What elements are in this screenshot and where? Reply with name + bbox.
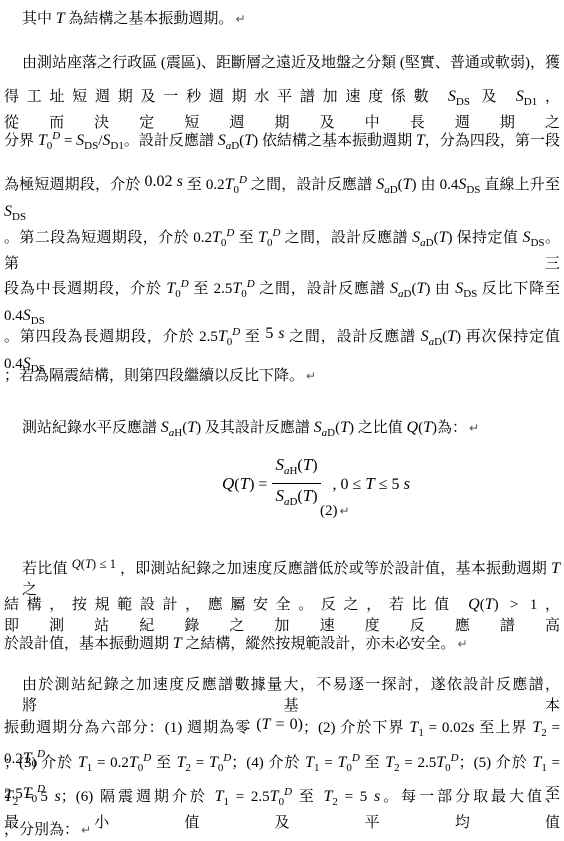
text-run: 。第四段為長週期段，介於 [4,329,199,345]
text-line: 其中 T 為結構之基本振動週期。↵ [22,8,560,30]
text-run: T [240,474,249,493]
text-run: D [284,786,292,798]
text-run: S [314,419,322,436]
text-run: 測站紀錄水平反應譜 [22,420,161,436]
text-run: 得工址短週期及一秒週期水平譜加速度係數 [4,89,448,105]
fraction-denominator: SaD(T) [272,483,320,512]
text-line: 由測站座落之行政區 (震區)、距斷層之遠近及地盤之分類 (堅實、普通或軟弱)，獲 [22,53,560,74]
text-run: 至 [292,789,323,805]
text-run: T [337,754,346,771]
equation-fraction: SaH(T) SaD(T) [272,455,320,512]
text-run: ) [312,488,317,505]
text-run: S [412,229,420,246]
text-run: ) = [249,476,267,493]
text-run: 及其設計反應譜 [201,420,314,436]
text-run: T [209,754,218,771]
text-run: = 0.02 [424,720,468,736]
text-run: S [161,419,169,436]
equation-number: (2)↵ [320,503,350,520]
text-run: 由於測站紀錄之加速度反應譜數據量大，不易逐一探討，遂依設計反應譜，將基本 [22,677,560,714]
text-run: DS [463,288,477,300]
text-run: ，分為四段，第一段 [425,133,560,149]
text-run: 直線上升至 [480,177,560,193]
text-run: T [38,132,47,149]
text-run: 0.2 [206,177,225,193]
text-run: D [232,326,240,338]
fraction-numerator: SaH(T) [272,455,320,483]
equation-lhs: Q(T) = [222,474,267,494]
text-line: ；若為隔震結構，則第四段繼續以反比下降。↵ [4,366,560,387]
text-run: 其中 [22,11,56,27]
text-run: s [404,474,411,493]
text-run: 由 [417,177,440,193]
document-page: Q(T) = SaH(T) SaD(T) , 0 ≤ T ≤ 5 s (2)↵ … [0,0,564,841]
text-run: 2.5 [214,281,233,297]
text-line: 由於測站紀錄之加速度反應譜數據量大，不易逐一探討，遂依設計反應譜，將基本 [22,675,560,717]
text-run: 再次保持定值 [461,329,560,345]
equation-rhs: , 0 ≤ T ≤ 5 s [333,474,411,494]
text-run: ≤ 5 [375,476,404,493]
text-run: 保持定值 [452,230,522,246]
text-run: T [409,719,418,736]
text-run: ；(5) 介於 [459,755,533,771]
text-run: T [551,560,560,577]
text-run: T [4,788,13,805]
text-run: 依結構之基本振動週期 [258,133,416,149]
text-run: T [177,754,186,771]
text-run: = 0.2 [92,755,129,771]
text-run: T [129,754,138,771]
text-run: S [4,203,12,220]
text-run: 為極短週期段，介於 [4,177,144,193]
text-run: D [247,278,255,290]
text-run: = 2.5 [229,789,270,805]
text-run: 5 [265,325,278,342]
text-run: T [258,229,267,246]
text-run: ；(4) 介於 [231,755,305,771]
text-run: 之間，設計反應譜 [280,230,412,246]
text-run: T [403,176,412,193]
paragraph-mark-icon: ↵ [340,504,350,518]
text-run: T [225,176,234,193]
text-run: , 0 ≤ [333,476,366,493]
text-run: ；(3) 介於 [4,755,78,771]
text-run: DS [530,237,544,249]
text-run: Q [468,596,480,613]
text-run: = 2.5 [400,755,437,771]
text-run: D1 [524,96,537,108]
text-run: T [166,280,175,297]
text-run: 0.4 [440,177,459,193]
text-run: Q [72,557,81,571]
text-run: 結構，按規範設計，應屬安全。反之，若比值 [4,597,468,613]
text-run: T [305,754,314,771]
text-run: D [451,752,459,764]
text-run: ；(2) 介於下界 [303,720,409,736]
text-run: DS [466,184,480,196]
text-run: T [436,754,445,771]
text-run: D [426,237,434,249]
text-run: T [173,635,182,652]
text-run: 。設計反應譜 [124,133,218,149]
text-run: D [239,174,247,186]
text-run: S [376,176,384,193]
text-run: ) > 1 [494,597,538,613]
text-run: 及 [470,89,516,105]
text-run: S [275,486,284,505]
text-line: 結構，按規範設計，應屬安全。反之，若比值 Q(T) > 1，即測站紀錄之加速度反… [4,594,560,637]
text-run: D [390,184,398,196]
text-run: T [85,557,92,571]
text-run: 至 [240,329,265,345]
text-line: ，分別為：↵ [4,820,560,841]
text-run: T [56,10,65,27]
text-run: T [340,419,349,436]
text-run: S [275,455,284,474]
text-run: T [187,419,196,436]
text-run: S [448,88,456,105]
text-run: ，分別為： [4,822,79,838]
text-run: T [423,419,432,436]
text-run: = [60,133,76,149]
text-run: 。第二段為短週期段，介於 [4,230,193,246]
text-run: S [218,132,226,149]
text-run: 至上界 [474,720,532,736]
text-run: ；(6) 隔震週期介於 [61,789,215,805]
text-run: Q [407,419,419,436]
text-run: D [52,130,60,142]
text-line: 分界 T0D = SDS/SD1。設計反應譜 SaD(T) 依結構之基本振動週期… [4,126,560,157]
equation-block: Q(T) = SaH(T) SaD(T) , 0 ≤ T ≤ 5 s [222,455,410,512]
text-run: = 0) [270,716,303,733]
text-run: D [352,752,360,764]
text-run: S [516,88,524,105]
text-run: 段為中長週期段，介於 [4,281,166,297]
text-run: ) ≤ 1 [92,557,116,571]
text-run: = 5 [18,789,54,805]
text-run: = [191,755,209,771]
paragraph-mark-icon: ↵ [457,637,467,651]
text-run: 0.2 [193,230,212,246]
text-run: 振動週期分為六部分：(1) 週期為零 [4,720,256,736]
text-run: D [327,427,335,439]
text-run: 於設計值，基本振動週期 [4,636,173,652]
text-run: T [385,754,394,771]
text-line: 。第二段為短週期段，介於 0.2T0D 至 T0D 之間，設計反應譜 SaD(T… [4,223,560,275]
text-run: T [532,754,541,771]
text-line: 測站紀錄水平反應譜 SaH(T) 及其設計反應譜 SaD(T) 之比值 Q(T)… [22,417,560,444]
text-run: D [181,278,189,290]
text-run: DS [84,140,98,152]
paragraph-mark-icon: ↵ [469,421,479,435]
text-run: 至 [360,755,385,771]
text-run: T [270,788,279,805]
text-run: = 5 [338,789,374,805]
text-run: T [447,328,456,345]
text-run: T [365,474,374,493]
text-run: T [218,328,227,345]
text-run: 反比下降至 [477,281,560,297]
text-run: 至 [189,281,214,297]
text-run: 0.02 [144,173,176,190]
text-run: 分界 [4,133,38,149]
text-run: T [485,596,494,613]
equation-number-label: (2) [320,503,338,519]
text-run: 為結構之基本振動週期。 [65,11,234,27]
text-run: = [320,755,338,771]
text-run: 之間，設計反應譜 [284,329,420,345]
text-run: 至 [234,230,258,246]
text-run: S [76,132,84,149]
text-run: 為： [437,420,467,436]
text-run: T [416,132,425,149]
text-run: T [303,455,312,474]
text-run: ；若為隔震結構，則第四段繼續以反比下降。 [4,368,304,384]
text-run: T [244,132,253,149]
text-run: ) [312,457,317,474]
text-run: T [212,229,221,246]
text-run: 2.5 [199,329,218,345]
text-run: DS [12,211,26,223]
text-run: D1 [110,140,123,152]
text-run: 之間，設計反應譜 [247,177,376,193]
paragraph-mark-icon: ↵ [81,823,91,837]
text-run: ，即測站紀錄之加速度反應譜低於或等於設計值，基本振動週期 [116,561,551,577]
text-run: 由 [430,281,455,297]
text-run: T [532,719,541,736]
text-run: 至 [151,755,176,771]
text-run: T [303,486,312,505]
text-run: 至 [183,177,206,193]
text-run: S [421,328,429,345]
paragraph-mark-icon: ↵ [235,12,245,26]
text-run: 之比值 [354,420,407,436]
text-run: T [78,754,87,771]
paragraph-mark-icon: ↵ [306,369,316,383]
text-run: 之間，設計反應譜 [255,281,390,297]
text-line: 為極短週期段，介於 0.02 s 至 0.2T0D 之間，設計反應譜 SaD(T… [4,170,560,228]
text-run: S [390,280,398,297]
text-run: D [434,336,442,348]
text-run: T [232,280,241,297]
text-run: Q [222,474,234,493]
text-run: 之結構，縱然按規範設計，亦未必安全。 [182,636,456,652]
text-run: 由測站座落之行政區 (震區)、距斷層之遠近及地盤之分類 (堅實、普通或軟弱)，獲 [22,55,560,71]
text-run: 若比值 [22,561,72,577]
text-line: 於設計值，基本振動週期 T 之結構，縱然按規範設計，亦未必安全。↵ [4,633,560,655]
text-run: DS [456,96,470,108]
